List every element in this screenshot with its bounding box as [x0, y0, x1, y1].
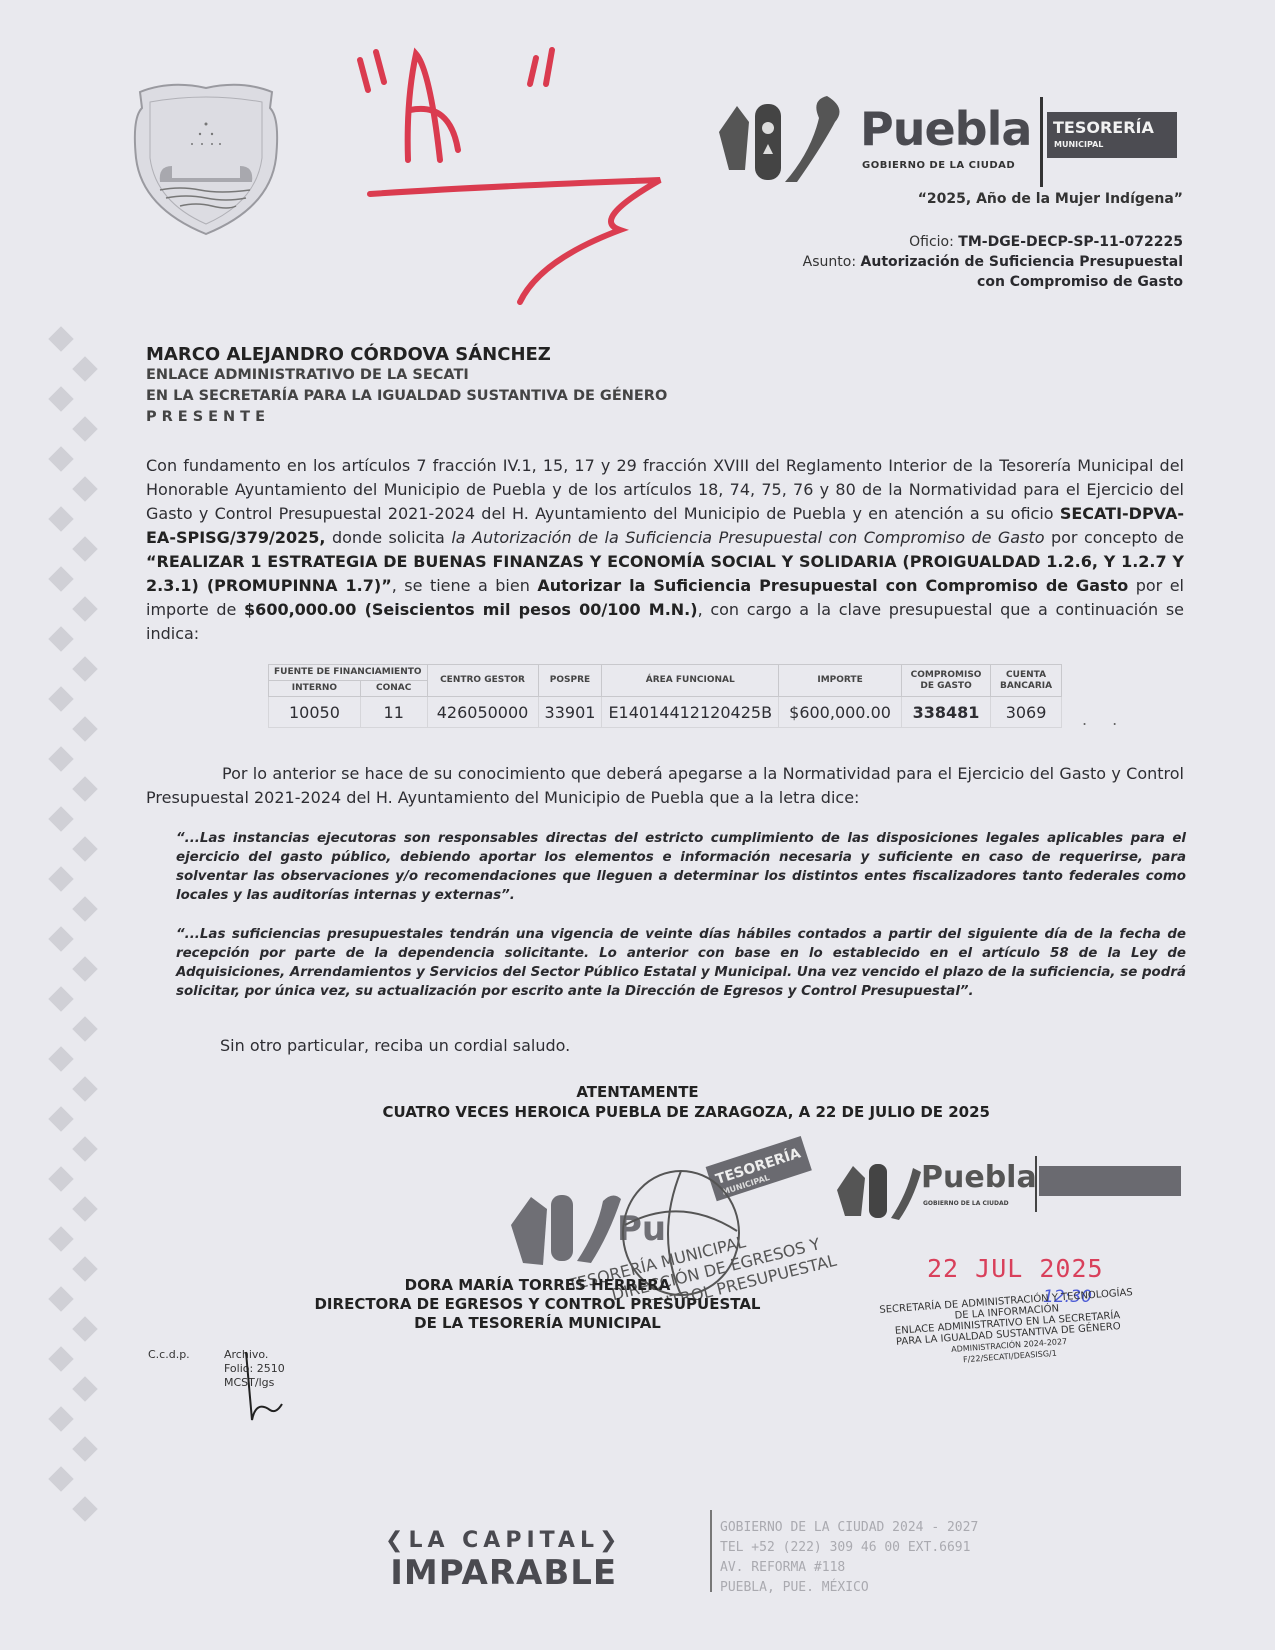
received-logo-divider	[1035, 1156, 1037, 1212]
th-fuente: FUENTE DE FINANCIAMIENTO	[269, 665, 428, 681]
asunto-label: Asunto:	[803, 254, 856, 270]
municipal-shield-icon	[130, 78, 282, 238]
footer-info-line2: TEL +52 (222) 309 46 00 EXT.6691	[720, 1538, 978, 1558]
p1-text-c: por concepto de	[1045, 528, 1185, 547]
th-pospre: POSPRE	[538, 665, 602, 697]
signer-block: DORA MARÍA TORRES HERRERA DIRECTORA DE E…	[0, 1276, 1275, 1333]
table-row: 10050 11 426050000 33901 E14014412120425…	[269, 697, 1062, 728]
ccdp-label: C.c.d.p.	[148, 1348, 190, 1361]
th-importe: IMPORTE	[779, 665, 902, 697]
puebla-tesoreria-logo: Puebla GOBIERNO DE LA CIUDAD TESORERÍA M…	[715, 92, 1175, 182]
th-area-funcional: ÁREA FUNCIONAL	[602, 665, 779, 697]
p1-amount: $600,000.00 (Seiscientos mil pesos 00/10…	[244, 600, 698, 619]
budget-key-table: FUENTE DE FINANCIAMIENTO CENTRO GESTOR P…	[268, 664, 1062, 728]
p1-text-b: donde solicita	[326, 528, 452, 547]
wing-right-icon: ❯	[599, 1528, 622, 1553]
tesoreria-label: TESORERÍA	[1053, 118, 1154, 137]
received-logo-badge	[1039, 1166, 1181, 1196]
oficio-number: TM-DGE-DECP-SP-11-072225	[958, 234, 1183, 250]
signer-name: DORA MARÍA TORRES HERRERA	[0, 1276, 1275, 1295]
puebla-emblem-icon	[835, 1150, 925, 1222]
footer-slogan-logo: ❮LA CAPITAL❯ IMPARABLE	[385, 1528, 622, 1593]
addressee-block: MARCO ALEJANDRO CÓRDOVA SÁNCHEZ ENLACE A…	[146, 344, 667, 428]
oficio-label: Oficio:	[909, 234, 954, 250]
municipal-label: MUNICIPAL	[1054, 140, 1103, 149]
signer-role2: DE LA TESORERÍA MUNICIPAL	[0, 1314, 1275, 1333]
presente-label: PRESENTE	[146, 407, 667, 428]
quote-1: “...Las instancias ejecutoras son respon…	[176, 829, 1186, 905]
p1-authorize: Autorizar la Suficiencia Presupuestal co…	[537, 576, 1128, 595]
th-interno: INTERNO	[269, 681, 361, 697]
cell-importe: $600,000.00	[779, 697, 902, 728]
cell-interno: 10050	[269, 697, 361, 728]
logo-wordmark: Puebla	[860, 102, 1031, 156]
th-conac: CONAC	[360, 681, 427, 697]
footer-contact-info: GOBIERNO DE LA CIUDAD 2024 - 2027 TEL +5…	[720, 1518, 978, 1598]
footer-info-line1: GOBIERNO DE LA CIUDAD 2024 - 2027	[720, 1518, 978, 1538]
slogan1-text: LA CAPITAL	[408, 1528, 599, 1553]
th-cuenta: CUENTA BANCARIA	[991, 665, 1062, 697]
initials-signature	[236, 1350, 286, 1430]
quote-2: “...Las suficiencias presupuestales tend…	[176, 925, 1186, 1001]
footer-slogan-line1: ❮LA CAPITAL❯	[385, 1528, 622, 1553]
th-compromiso: COMPROMISO DE GASTO	[902, 665, 991, 697]
oficio-block: Oficio: TM-DGE-DECP-SP-11-072225 Asunto:…	[803, 232, 1183, 292]
footer-slogan-line2: IMPARABLE	[385, 1553, 622, 1593]
addressee-role2: EN LA SECRETARÍA PARA LA IGUALDAD SUSTAN…	[146, 386, 667, 407]
footer-divider	[710, 1510, 712, 1592]
received-logo-wordmark: Puebla	[921, 1160, 1037, 1195]
footer-info-line4: PUEBLA, PUE. MÉXICO	[720, 1578, 978, 1598]
handwritten-red-mark	[340, 40, 700, 320]
signer-role1: DIRECTORA DE EGRESOS Y CONTROL PRESUPUES…	[0, 1295, 1275, 1314]
cell-conac: 11	[360, 697, 427, 728]
atentamente: ATENTAMENTE	[0, 1083, 1275, 1101]
th-centro-gestor: CENTRO GESTOR	[427, 665, 538, 697]
p1-text-d: , se tiene a bien	[392, 576, 538, 595]
cell-cuenta: 3069	[991, 697, 1062, 728]
body-paragraph-1: Con fundamento en los artículos 7 fracci…	[146, 454, 1184, 646]
cell-centro-gestor: 426050000	[427, 697, 538, 728]
received-stamp-logo: Puebla GOBIERNO DE LA CIUDAD	[835, 1150, 1180, 1230]
place-and-date: CUATRO VECES HEROICA PUEBLA DE ZARAGOZA,…	[0, 1103, 990, 1121]
addressee-name: MARCO ALEJANDRO CÓRDOVA SÁNCHEZ	[146, 344, 667, 365]
p1-text-a: Con fundamento en los artículos 7 fracci…	[146, 456, 1184, 523]
body-paragraph-2: Por lo anterior se hace de su conocimien…	[146, 762, 1184, 810]
cell-pospre: 33901	[538, 697, 602, 728]
trailing-dots: . .	[1082, 710, 1127, 729]
tesoreria-badge: TESORERÍA MUNICIPAL	[1047, 112, 1177, 158]
footer-info-line3: AV. REFORMA #118	[720, 1558, 978, 1578]
logo-divider	[1040, 97, 1043, 187]
asunto-line2: con Compromiso de Gasto	[977, 274, 1183, 290]
wing-left-icon: ❮	[385, 1528, 408, 1553]
cell-area-funcional: E14014412120425B	[602, 697, 779, 728]
closing-line: Sin otro particular, reciba un cordial s…	[220, 1036, 570, 1055]
puebla-emblem-icon	[715, 92, 855, 184]
logo-subtitle: GOBIERNO DE LA CIUDAD	[862, 160, 1015, 171]
year-motto: “2025, Año de la Mujer Indígena”	[918, 191, 1183, 207]
decorative-border	[40, 330, 120, 1530]
cell-compromiso: 338481	[902, 697, 991, 728]
asunto-line1: Autorización de Suficiencia Presupuestal	[861, 254, 1183, 270]
addressee-role1: ENLACE ADMINISTRATIVO DE LA SECATI	[146, 365, 667, 386]
received-logo-sub: GOBIERNO DE LA CIUDAD	[923, 1200, 1009, 1207]
p1-italic: la Autorización de la Suficiencia Presup…	[451, 528, 1044, 547]
